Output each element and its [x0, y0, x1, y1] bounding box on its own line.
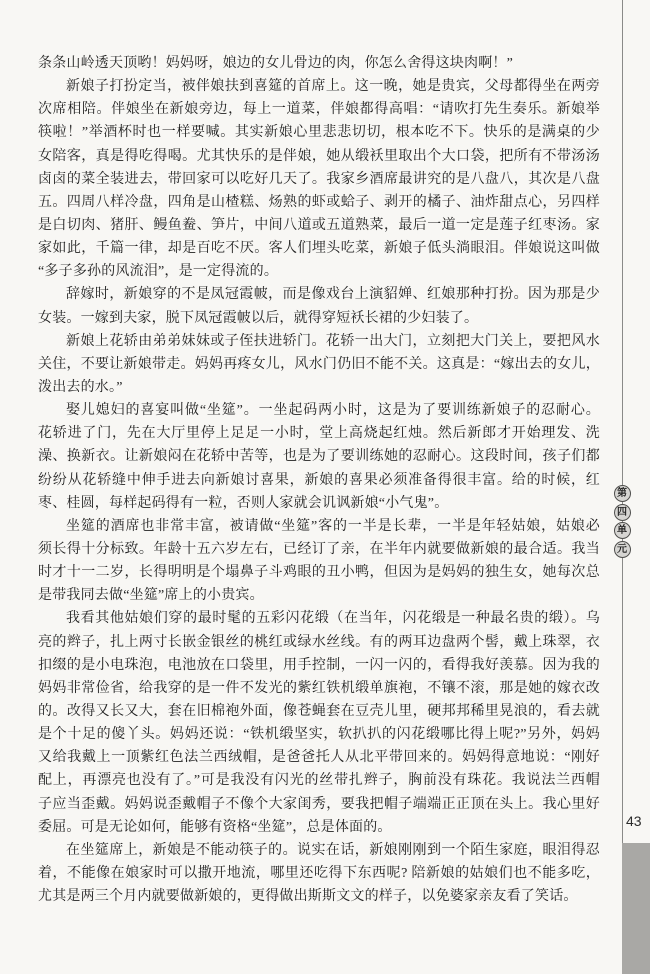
unit-tab: 第四单元	[614, 485, 631, 558]
text-line: 花轿进了门，先在大厅里停上足足一小时，堂上高烧起红烛。然后新郎才开始理发、洗	[38, 422, 600, 445]
text-line: 枣、桂圆，每样起码得有一粒，否则人家就会讥讽新娘“小气鬼”。	[38, 492, 600, 515]
text-line: 妈妈非常俭省，给我穿的是一件不发光的紫红铁机缎单旗袍，不镶不滚，那是她的嫁衣改	[38, 677, 600, 700]
text-line: 新娘上花轿由弟弟妹妹或子侄扶进轿门。花轿一出大门，立刻把大门关上，要把风水	[38, 330, 600, 353]
text-line: 澡、换新衣。让新娘闷在花轿中苦等，也是为了要训练她的忍耐心。这段时间，孩子们都	[38, 445, 600, 468]
text-line: 泼出去的水。”	[38, 376, 600, 399]
text-line: 女装。一嫁到夫家，脱下凤冠霞帔以后，就得穿短袄长裙的少妇装了。	[38, 307, 600, 330]
text-line: 着，不能像在娘家时可以撒开地流，哪里还吃得下东西呢? 陪新娘的姑娘们也不能多吃，	[38, 862, 600, 885]
text-line: 次席相陪。伴娘坐在新娘旁边，每上一道菜，伴娘都得高唱：“请吹打先生奏乐。新娘举	[38, 98, 600, 121]
text-line: 亮的辫子，扎上两寸长嵌金银丝的桃红或绿水丝线。有的两耳边盘两个髻，戴上珠翠，衣	[38, 631, 600, 654]
text-line: 是个十足的傻丫头。妈妈还说：“铁机缎坚实，软扒扒的闪花缎哪比得上呢?”另外，妈妈	[38, 723, 600, 746]
unit-tab-char: 单	[614, 522, 631, 539]
page-number: 43	[626, 813, 642, 829]
text-line: 女陪客，真是得吃得喝。尤其快乐的是伴娘，她从缎袄里取出个大口袋，把所有不带汤汤	[38, 145, 600, 168]
text-line: 新娘子打扮定当，被伴娘扶到喜筵的首席上。这一晚，她是贵宾，父母都得坐在两旁	[38, 75, 600, 98]
text-line: 委屈。可是无论如何，能够有资格“坐筵”，总是体面的。	[38, 816, 600, 839]
page-edge-block	[622, 843, 650, 974]
text-line: 辞嫁时，新娘穿的不是凤冠霞帔，而是像戏台上演貂婵、红娘那种打扮。因为那是少	[38, 283, 600, 306]
text-line: 是带我同去做“坐筵”席上的小贵宾。	[38, 584, 600, 607]
text-line: 卤卤的菜全装进去，带回家可以吃好几天了。我家乡酒席最讲究的是八盘八，其次是八盘	[38, 168, 600, 191]
unit-tab-char: 四	[614, 504, 631, 521]
text-line: 时才十一二岁，长得明明是个塌鼻子斗鸡眼的丑小鸭，但因为是妈妈的独生女，她每次总	[38, 561, 600, 584]
text-line: 我看其他姑娘们穿的最时髦的五彩闪花缎（在当年，闪花缎是一种最名贵的缎）。乌	[38, 607, 600, 630]
text-line: 在坐筵席上，新娘是不能动筷子的。说实在话，新娘刚刚到一个陌生家庭，眼泪得忍	[38, 839, 600, 862]
text-line: 娶儿媳妇的喜宴叫做“坐筵”。一坐起码两小时，这是为了要训练新娘子的忍耐心。	[38, 399, 600, 422]
text-line: 又给我戴上一顶紫红色法兰西绒帽，是爸爸托人从北平带回来的。妈妈得意地说：“刚好	[38, 746, 600, 769]
text-line: “多子多孙的风流泪”，是一定得流的。	[38, 260, 600, 283]
unit-tab-char: 第	[614, 485, 631, 502]
text-line: 筷啦！”举酒杯时也一样要喊。其实新娘心里悲悲切切，根本吃不下。快乐的是满桌的少	[38, 121, 600, 144]
text-line: 家如此，千篇一律，却是百吃不厌。客人们埋头吃菜，新娘子低头淌眼泪。伴娘说这叫做	[38, 237, 600, 260]
text-line: 纷纷从花轿缝中伸手进去向新娘讨喜果，新娘的喜果必须准备得很丰富。给的时候，红	[38, 469, 600, 492]
essay-text: 条条山岭透天顶哟！妈妈呀，娘边的女儿骨边的肉，你怎么舍得这块肉啊！”新娘子打扮定…	[38, 52, 600, 908]
text-line: 子应当歪戴。妈妈说歪戴帽子不像个大家闺秀，要我把帽子端端正正顶在头上。我心里好	[38, 793, 600, 816]
margin-rule	[622, 0, 623, 843]
scanned-book-page: 条条山岭透天顶哟！妈妈呀，娘边的女儿骨边的肉，你怎么舍得这块肉啊！”新娘子打扮定…	[0, 0, 650, 974]
unit-tab-char: 元	[614, 541, 631, 558]
text-line: 的。改得又长又大，套在旧棉袍外面，像苍蝇套在豆壳儿里，硬邦邦稀里晃浪的，看去就	[38, 700, 600, 723]
text-line: 尤其是两三个月内就要做新娘的，更得做出斯斯文文的样子，以免婆家亲友看了笑话。	[38, 885, 600, 908]
text-line: 条条山岭透天顶哟！妈妈呀，娘边的女儿骨边的肉，你怎么舍得这块肉啊！”	[38, 52, 600, 75]
text-line: 关住，不要让新娘带走。妈妈再疼女儿，风水门仍旧不能不关。这真是：“嫁出去的女儿，	[38, 353, 600, 376]
text-line: 扣缀的是小电珠泡，电池放在口袋里，用手控制，一闪一闪的，看得我好羡慕。因为我的	[38, 654, 600, 677]
text-line: 五。四周八样冷盘，四角是山楂糕、炀熟的虾或蛤子、剥开的橘子、油炸甜点心，另四样	[38, 191, 600, 214]
text-line: 坐筵的酒席也非常丰富，被请做“坐筵”客的一半是长辈，一半是年轻姑娘，姑娘必	[38, 515, 600, 538]
text-line: 配上，再漂亮也没有了。”可是我没有闪光的丝带扎辫子，胸前没有珠花。我说法兰西帽	[38, 769, 600, 792]
text-line: 须长得十分标致。年龄十五六岁左右，已经订了亲，在半年内就要做新娘的最合适。我当	[38, 538, 600, 561]
text-line: 是白切肉、猪肝、鳗鱼鲞、笋片，中间八道或五道熟菜，最后一道一定是莲子红枣汤。家	[38, 214, 600, 237]
